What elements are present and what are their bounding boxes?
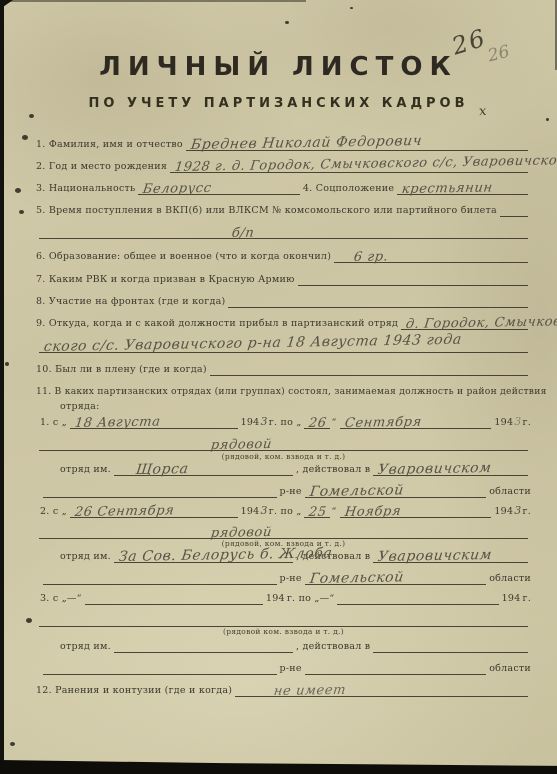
field-education: 6. Образование: общее и военное (что и к… (36, 248, 531, 263)
operated-in-label: действовал в (303, 641, 371, 653)
service-entry-2-unit: отряд им. За Сов. Белорусь б. Жлоба , де… (60, 548, 531, 563)
dash-print: — (67, 593, 77, 605)
region-handwriting: Уваровичском (377, 461, 492, 477)
role-underline: рядовой (39, 439, 528, 451)
oblast-label: области (489, 573, 531, 585)
paper-hole (26, 618, 32, 623)
field-underline (298, 285, 528, 286)
field-surname: 1. Фамилия, имя и отчество Бреднев Никол… (36, 136, 531, 151)
unit-label: отряд им. (60, 464, 111, 476)
service-entry-1-dates: 1. с „ 18 Августа 194 3 г. по „ 26 “ Сен… (40, 414, 531, 429)
year-suffix: г. (523, 593, 532, 605)
from-date-handwriting: 26 Сентября (74, 504, 175, 519)
field-label: 2. Год и место рождения (36, 161, 167, 173)
service-entry-3-dates: 3. с „ — “ 194 г. по „ — “ 194 г. (40, 590, 531, 605)
field-underline: ского с/с. Уваровичского р-на 18 Августа… (39, 340, 528, 353)
field-underline: Белорусс (138, 183, 299, 195)
handwritten-check-mark: х (478, 104, 487, 120)
quote-close: “ (329, 593, 334, 605)
dash-print: — (320, 593, 330, 605)
field-captivity: 10. Был ли в плену (где и когда) (36, 361, 531, 376)
district-label: р-не (280, 573, 302, 585)
field-party-entry-continuation: б/п (36, 224, 531, 239)
region-underline: Уваровичском (373, 463, 528, 476)
field-underline: д. Городок, Смычков- (401, 318, 528, 330)
service-entry-3-unit: отряд им. , действовал в (60, 638, 531, 653)
district-underline: Гомельской (305, 485, 486, 498)
form-subtitle: ПО УЧЕТУ ПАРТИЗАНСКИХ КАДРОВ (0, 96, 557, 111)
paper-hole (22, 135, 28, 140)
field-party-entry: 5. Время поступления в ВКП(б) или ВЛКСМ … (36, 202, 531, 217)
field-label: 9. Откуда, когда и с какой должности при… (36, 318, 398, 330)
region-underline: Уваровичским (373, 550, 528, 563)
service-entry-2-role: рядовой (36, 524, 531, 539)
from-prefix: с „ (53, 506, 67, 518)
blank-underline (43, 497, 277, 498)
oblast-label: области (489, 486, 531, 498)
field-units-heading-line2: отряда: (60, 398, 531, 413)
to-month-handwriting: Сентября (344, 416, 423, 430)
year-suffix: г. (523, 506, 532, 518)
year-digit-handwriting: 3 (514, 416, 521, 427)
paper-speck (10, 742, 15, 746)
service-entry-1-district: р-не Гомельской области (40, 483, 531, 498)
service-entry-2-district: р-не Гомельской области (40, 570, 531, 585)
field-label: 5. Время поступления в ВКП(б) или ВЛКСМ … (36, 205, 497, 217)
field-wounds: 12. Ранения и контузии (где и когда) не … (36, 682, 531, 697)
from-prefix: с „ (53, 593, 67, 605)
to-prefix: г. по „ (269, 417, 302, 429)
paper-speck (546, 118, 549, 121)
blank-underline (43, 674, 277, 675)
from-prefix: с „ (53, 417, 67, 429)
year-print: 194 (502, 593, 521, 605)
wounds-handwriting: не имеет (273, 684, 347, 698)
form-title: ЛИЧНЫЙ ЛИСТОК (0, 52, 557, 82)
day-underline: 25 (304, 506, 330, 518)
service-entry-1-unit: отряд им. Щорса , действовал в Уваровичс… (60, 461, 531, 476)
to-month-handwriting: Ноября (344, 505, 402, 519)
birth-handwriting: 1928 г. д. Городок, Смычковского с/с, Ув… (174, 153, 557, 174)
left-edge-shadow (0, 0, 4, 774)
quote-close: “ (77, 593, 82, 605)
arrival-handwriting-line2: ского с/с. Уваровичского р-на 18 Августа… (43, 333, 463, 354)
unit-handwriting: За Сов. Белорусь б. Жлоба (118, 546, 333, 564)
district-handwriting: Гомельской (309, 570, 405, 586)
unit-handwriting: Щорса (135, 462, 189, 477)
service-entry-3-district: р-не области (40, 660, 531, 675)
surname-handwriting: Бреднев Николай Федорович (190, 134, 423, 152)
field-arrival: 9. Откуда, когда и с какой должности при… (36, 315, 531, 330)
comma-print: , (296, 641, 299, 653)
field-label: 10. Был ли в плену (где и когда) (36, 364, 207, 376)
role-handwriting: рядовой (210, 438, 273, 452)
arrival-handwriting-line1: д. Городок, Смычков- (405, 315, 557, 331)
field-label: 8. Участие на фронтах (где и когда) (36, 296, 225, 308)
year-digit-handwriting: 3 (260, 416, 267, 427)
field-label: отряда: (60, 401, 100, 413)
paper-hole (29, 114, 34, 118)
unit-label: отряд им. (60, 551, 111, 563)
field-underline: б/п (39, 227, 528, 239)
unit-underline: Щорса (114, 463, 293, 476)
bottom-edge-shadow (0, 757, 557, 774)
field-arrival-continuation: ского с/с. Уваровичского р-на 18 Августа… (36, 338, 531, 353)
field-underline: крестьянин (397, 183, 528, 195)
to-day-handwriting: 26 (308, 417, 327, 430)
paper-hole (15, 188, 21, 193)
year-digit-handwriting: 3 (260, 505, 267, 516)
party-status-handwriting: б/п (231, 227, 255, 240)
comma-print: , (296, 464, 299, 476)
service-entry-2-dates: 2. с „ 26 Сентября 194 3 г. по „ 25 “ Но… (40, 503, 531, 518)
year-print: 194 (266, 593, 285, 605)
service-entry-3-role (36, 612, 531, 627)
field-underline: не имеет (235, 685, 528, 697)
paper-speck (5, 362, 9, 366)
date-underline: 26 Сентября (70, 506, 238, 518)
field-birth: 2. Год и место рождения 1928 г. д. Город… (36, 158, 531, 173)
service-entry-1-role: рядовой (36, 436, 531, 451)
social-position-handwriting: крестьянин (401, 181, 493, 196)
from-date-handwriting: 18 Августа (74, 416, 161, 430)
field-label: 4. Соцположение (303, 183, 394, 195)
field-label: 6. Образование: общее и военное (что и к… (36, 251, 331, 263)
nationality-handwriting: Белорусс (142, 182, 212, 196)
district-label: р-не (280, 486, 302, 498)
role-underline: рядовой (39, 527, 528, 539)
field-label: 12. Ранения и контузии (где и когда) (36, 685, 232, 697)
year-print: 194 (241, 506, 260, 518)
field-units-heading: 11. В каких партизанских отрядах (или гр… (36, 383, 537, 398)
district-label: р-не (280, 663, 302, 675)
date-underline (85, 604, 263, 605)
operated-in-label: действовал в (303, 464, 371, 476)
field-label: 7. Каким РВК и когда призван в Красную А… (36, 274, 295, 286)
to-prefix: г. по „ (269, 506, 302, 518)
field-underline: 1928 г. д. Городок, Смычковского с/с, Ув… (170, 161, 528, 173)
role-caption: (рядовой ком. взвода и т. д.) (36, 627, 531, 636)
district-underline (305, 674, 486, 675)
district-handwriting: Гомельской (309, 483, 405, 499)
entry-number: 2. (40, 506, 50, 518)
date-underline: Сентября (340, 417, 492, 429)
paper-speck (350, 7, 353, 9)
paper-hole (19, 210, 24, 214)
entry-number: 3. (40, 593, 50, 605)
paper-speck (285, 21, 289, 24)
to-day-handwriting: 25 (308, 506, 327, 519)
role-handwriting: рядовой (210, 526, 273, 540)
field-underline (228, 307, 528, 308)
field-underline (210, 375, 528, 376)
year-print: 194 (494, 417, 513, 429)
field-underline: Бреднев Николай Федорович (186, 138, 528, 151)
field-nationality-social: 3. Национальность Белорусс 4. Соцположен… (36, 180, 531, 195)
year-digit-handwriting: 3 (514, 505, 521, 516)
quote-close: “ (332, 417, 337, 429)
unit-underline: За Сов. Белорусь б. Жлоба (114, 550, 293, 563)
date-underline (337, 604, 498, 605)
unit-underline (114, 652, 293, 653)
entry-number: 1. (40, 417, 50, 429)
to-prefix: г. по „ (287, 593, 320, 605)
field-fronts: 8. Участие на фронтах (где и когда) (36, 293, 531, 308)
date-underline: 18 Августа (70, 417, 238, 429)
field-underline (500, 216, 528, 217)
district-underline: Гомельской (305, 572, 486, 585)
year-print: 194 (241, 417, 260, 429)
field-label: 3. Национальность (36, 183, 135, 195)
education-handwriting: 6 гр. (353, 250, 389, 264)
region-underline (373, 652, 528, 653)
day-underline: 26 (304, 417, 330, 429)
region-handwriting: Уваровичским (377, 548, 493, 564)
blank-underline (43, 584, 277, 585)
field-label: 11. В каких партизанских отрядах (или гр… (36, 386, 547, 398)
field-rvk-draft: 7. Каким РВК и когда призван в Красную А… (36, 271, 531, 286)
date-underline: Ноября (340, 506, 492, 518)
quote-close: “ (332, 506, 337, 518)
oblast-label: области (489, 663, 531, 675)
field-underline: 6 гр. (334, 251, 528, 263)
scanned-form-page: 26 26 ЛИЧНЫЙ ЛИСТОК ПО УЧЕТУ ПАРТИЗАНСКИ… (0, 0, 557, 774)
field-label: 1. Фамилия, имя и отчество (36, 139, 183, 151)
year-print: 194 (494, 506, 513, 518)
top-edge-shadow (0, 0, 306, 2)
unit-label: отряд им. (60, 641, 111, 653)
year-suffix: г. (523, 417, 532, 429)
